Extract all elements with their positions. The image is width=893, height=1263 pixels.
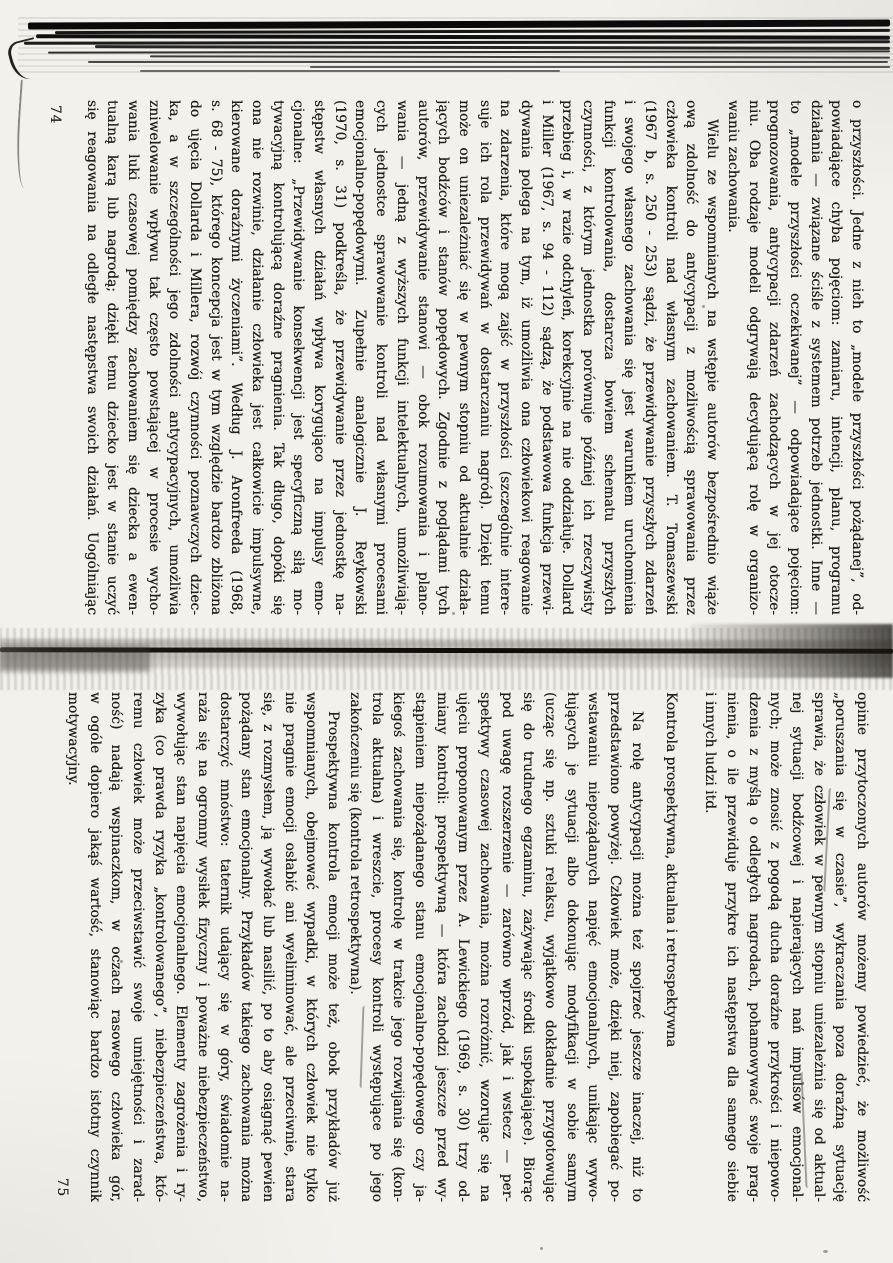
book-scan-canvas: o przyszłości. Jedne z nich to „modele p… xyxy=(0,0,893,1263)
paper-vignette xyxy=(0,0,893,1263)
